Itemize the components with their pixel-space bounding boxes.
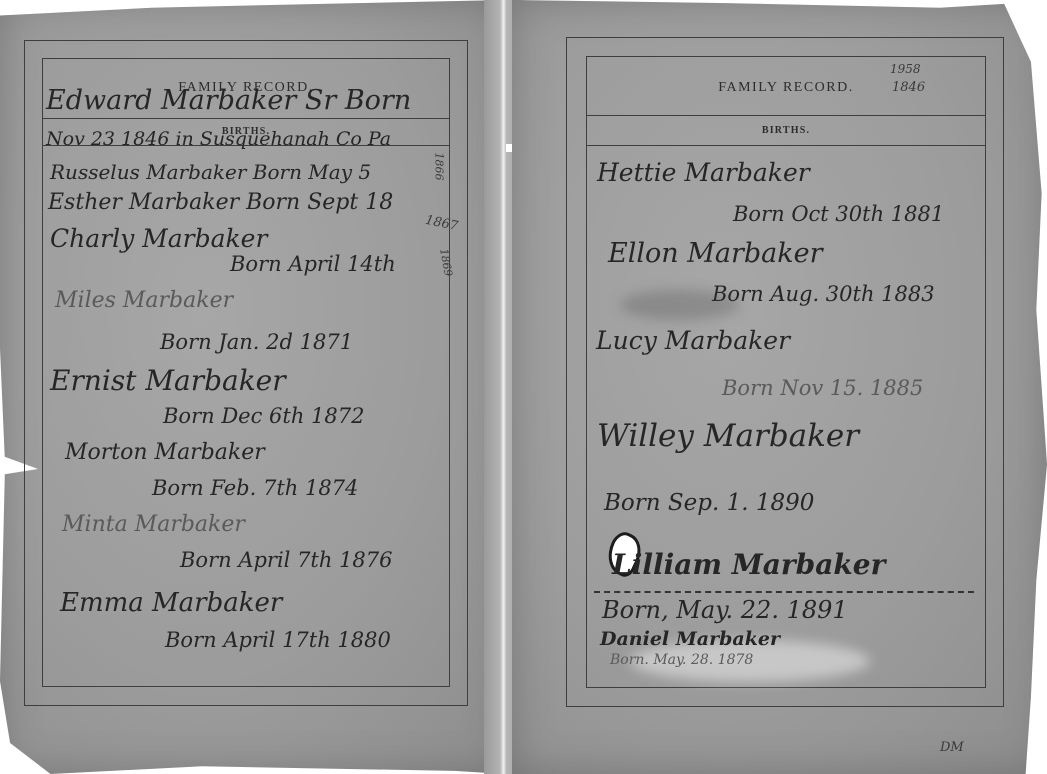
right-heading-rule xyxy=(586,115,986,116)
entry-name: Russelus Marbaker Born May 5 xyxy=(50,160,371,184)
entry-name: Miles Marbaker xyxy=(55,288,233,313)
left-heading-rule xyxy=(42,118,450,119)
entry-name: Minta Marbaker xyxy=(62,512,245,537)
entry-birth: Born Feb. 7th 1874 xyxy=(152,476,358,500)
entry-birth: Born April 17th 1880 xyxy=(165,628,391,652)
water-stain xyxy=(620,290,740,320)
right-subheading-rule xyxy=(586,145,986,146)
entry-birth: Born Nov 15. 1885 xyxy=(722,376,923,400)
entry-name: Emma Marbaker xyxy=(60,588,282,618)
right-page-subheading: BIRTHS. xyxy=(586,125,986,136)
entry-name: Daniel Marbaker xyxy=(600,628,780,650)
entry-birth: Born Jan. 2d 1871 xyxy=(160,330,353,354)
spine-gap xyxy=(506,144,512,152)
entry-birth: Born Sep. 1. 1890 xyxy=(604,490,814,516)
entry-name: Charly Marbaker xyxy=(50,224,267,253)
entry-name: Edward Marbaker Sr Born xyxy=(46,85,411,116)
entry-birth: Born April 14th xyxy=(230,252,396,276)
entry-birth: Born Dec 6th 1872 xyxy=(163,404,364,428)
margin-note: 1866 xyxy=(433,153,446,181)
entry-birth: Born Oct 30th 1881 xyxy=(733,202,944,226)
entry-name: Lilliam Marbaker xyxy=(612,548,885,581)
corner-note: 1846 xyxy=(892,80,925,95)
right-page-heading: FAMILY RECORD. xyxy=(586,80,986,96)
initials-mark: DM xyxy=(940,740,964,755)
entry-name: Ernist Marbaker xyxy=(50,364,286,397)
entry-name: Willey Marbaker xyxy=(597,418,859,454)
entry-birth: Born, May. 22. 1891 xyxy=(602,596,848,624)
entry-name: Hettie Marbaker xyxy=(597,158,810,187)
dashed-rule xyxy=(594,591,974,594)
entry-birth: Born. May. 28. 1878 xyxy=(610,652,753,668)
corner-note: 1958 xyxy=(890,62,921,76)
entry-birth: Born April 7th 1876 xyxy=(180,548,393,572)
entry-birth: Nov 23 1846 in Susquehanah Co Pa xyxy=(46,128,391,150)
entry-name: Morton Marbaker xyxy=(65,440,265,465)
entry-name: Ellon Marbaker xyxy=(608,238,822,269)
entry-name: Esther Marbaker Born Sept 18 xyxy=(48,190,393,215)
entry-name: Lucy Marbaker xyxy=(596,326,790,355)
entry-birth: Born Aug. 30th 1883 xyxy=(712,282,935,306)
